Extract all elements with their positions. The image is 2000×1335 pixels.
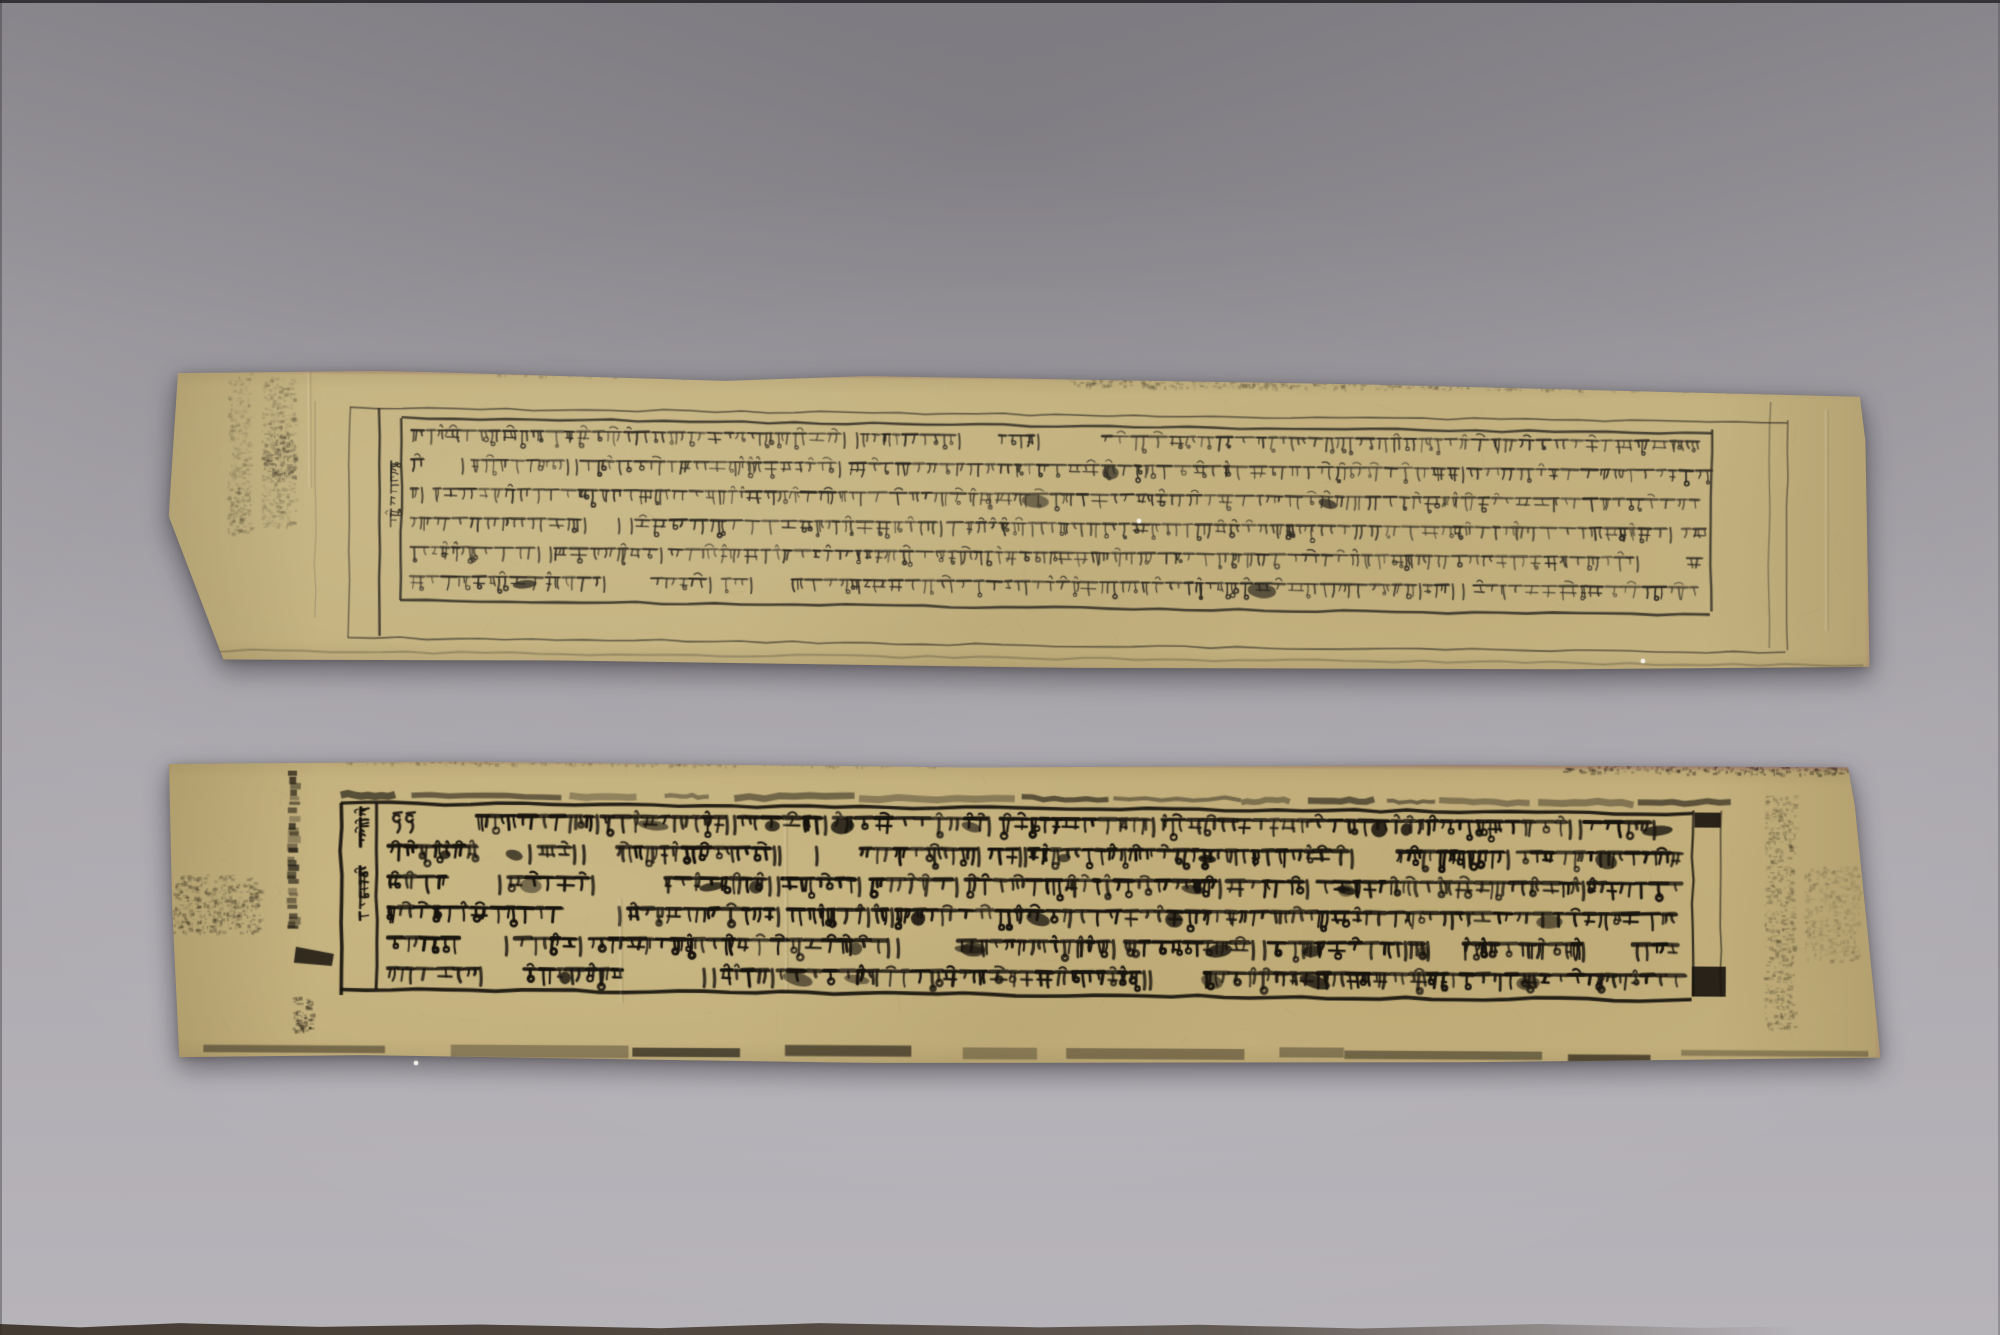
manuscript-leaf-top [166, 366, 1876, 666]
photo-top-edge [0, 0, 2000, 3]
dust-speck [1137, 519, 1141, 523]
leaf-top-ink-layer [163, 366, 1876, 681]
leaf-top-paper [163, 366, 1876, 681]
leaf-bottom-paper [163, 756, 1885, 1076]
photo-left-edge [0, 0, 2, 1335]
photograph [0, 0, 2000, 1335]
photo-bottom-edge-band [0, 1318, 2000, 1335]
manuscript-leaf-bottom [165, 756, 1885, 1066]
leaf-bottom-ink-layer [163, 756, 1885, 1076]
dust-speck [414, 1061, 418, 1065]
dust-speck [1641, 659, 1645, 663]
